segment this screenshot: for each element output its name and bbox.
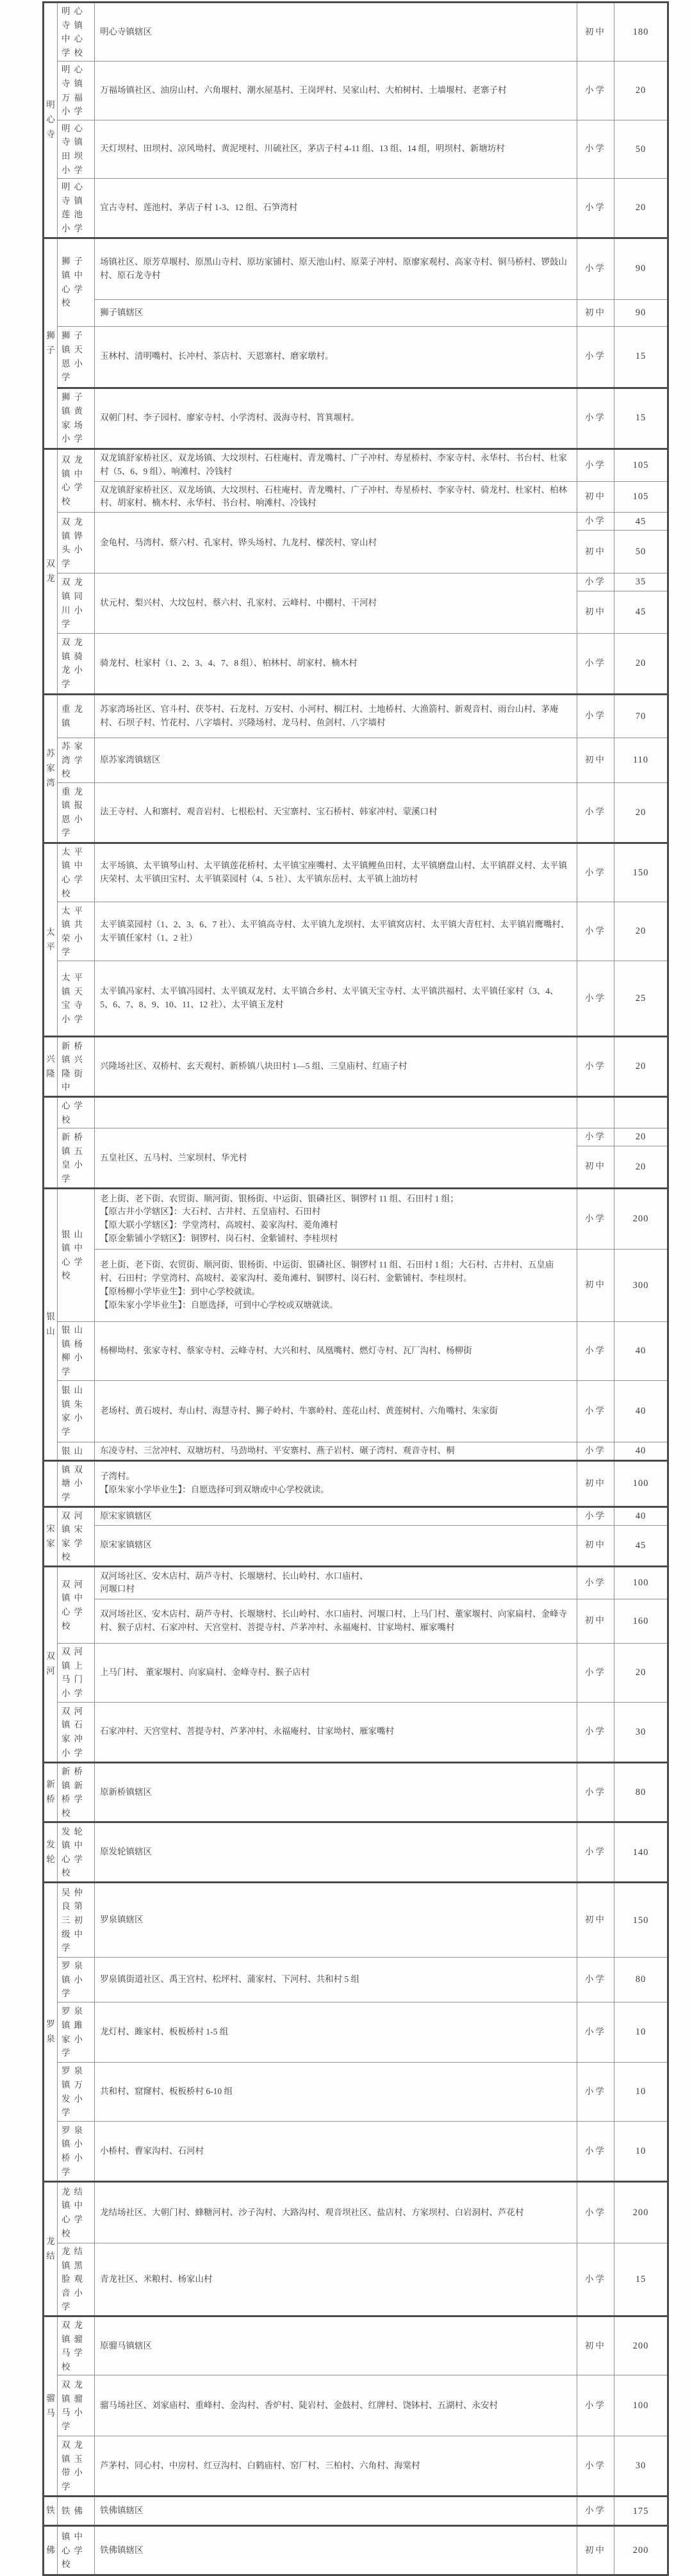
enrollment-count-cell: 100 <box>614 1566 668 1599</box>
service-area-cell: 东凌寺村、三岔冲村、双塘坊村、马劲坳村、平安寨村、燕子岩村、碾子湾村、观音寺村、… <box>95 1442 577 1460</box>
school-stage-cell: 小学 <box>577 449 614 481</box>
school-cell: 发轮镇中心学校 <box>58 1822 95 1883</box>
table-row: 原宋家镇辖区初中45 <box>44 1525 668 1566</box>
service-area-cell: 原新桥镇辖区 <box>95 1762 577 1822</box>
school-cell: 镇双塘小学 <box>58 1460 95 1507</box>
table-row: 龙结龙结镇中心学校龙结场社区、大朝门村、蜂糖河村、沙子沟村、大路沟村、观音坝社区… <box>44 2182 668 2243</box>
service-area-cell: 龙灯村、雎家村、板板桥村 1-5 组 <box>95 2002 577 2063</box>
table-row: 太平镇天宝寺小学太平镇冯家村、太平镇冯园村、太平镇双龙村、太平镇合乡村、太平镇天… <box>44 961 668 1037</box>
service-area-cell: 法王寺村、人和寨村、观音岩村、七根松村、天宝寨村、宝石桥村、韩家冲村、蒙溪口村 <box>95 782 577 843</box>
table-row: 罗泉镇小学罗泉镇街道社区、禹王宫村、松坪村、蒲家村、下河村、共和村 5 组小学8… <box>44 1958 668 2002</box>
table-row: 双龙镇骝马小学骝马场社区、刘家庙村、重峰村、金沟村、香炉村、陡岩村、金鼓村、红牌… <box>44 2375 668 2436</box>
school-cell: 银山镇朱家小学 <box>58 1380 95 1442</box>
school-stage-cell: 初中 <box>577 1525 614 1566</box>
service-area-cell: 共和村、窟窿村、板板桥村 6-10 组 <box>95 2063 577 2122</box>
school-stage-cell: 小学 <box>577 238 614 299</box>
school-stage-cell: 小学 <box>577 843 614 902</box>
enrollment-count-cell: 20 <box>614 62 668 120</box>
table-row: 老上街、老下街、农贸街、顺河街、银杨街、中运街、银磷社区、铜锣村 11 组、石田… <box>44 1249 668 1321</box>
service-area-cell: 老上街、老下街、农贸街、顺河街、银杨街、中运街、银磷社区、铜锣村 11 组、石田… <box>95 1188 577 1249</box>
school-cell: 罗泉镇万发小学 <box>58 2063 95 2122</box>
school-cell: 狮子镇天恩小学 <box>58 326 95 388</box>
service-area-cell: 杨柳坳村、张家寺村、蔡家寺村、云峰寺村、大兴和村、凤凰嘴村、燃灯寺村、瓦厂沟村、… <box>95 1321 577 1380</box>
enrollment-count-cell: 10 <box>614 2063 668 2122</box>
table-row: 双河镇上马门小学上马门村、 董家堰村、向家扁村、金峰寺村、猴子店村小学20 <box>44 1643 668 1702</box>
school-stage-cell: 初中 <box>577 1883 614 1958</box>
enrollment-count-cell: 35 <box>614 574 668 591</box>
school-cell: 心学校 <box>58 1097 95 1128</box>
service-area-cell: 太平场镇、太平镇琴山村、太平镇莲花桥村、太平镇宝座嘴村、太平镇鲤鱼田村、太平镇磨… <box>95 843 577 902</box>
school-stage-cell: 小学 <box>577 2436 614 2497</box>
table-row: 双龙镇铧头小学金龟村、马湾村、蔡六村、孔家村、铧头场村、九龙村、檬茨村、穿山村小… <box>44 513 668 531</box>
town-cell: 太平 <box>44 843 58 1036</box>
service-area-cell: 太平镇冯家村、太平镇冯园村、太平镇双龙村、太平镇合乡村、太平镇天宝寺村、太平镇洪… <box>95 961 577 1037</box>
enrollment-count-cell: 140 <box>614 1822 668 1883</box>
school-stage-cell: 小学 <box>577 2122 614 2182</box>
town-cell: 新桥 <box>44 1762 58 1822</box>
enrollment-count-cell: 150 <box>614 1883 668 1958</box>
school-cell: 重龙镇报恩小学 <box>58 782 95 843</box>
town-cell: 明心寺 <box>44 3 58 238</box>
school-cell: 银山镇中心学校 <box>58 1188 95 1321</box>
service-area-cell: 双河场社区、安木店村、葫芦寺村、长堰塘村、长山岭村、水口庙村、河堰口村、上马门村… <box>95 1599 577 1643</box>
town-cell: 双龙 <box>44 449 58 694</box>
school-stage-cell: 小学 <box>577 326 614 388</box>
school-stage-cell: 小学 <box>577 2497 614 2526</box>
table-row: 心学校 <box>44 1097 668 1128</box>
school-stage-cell: 小学 <box>577 2182 614 2243</box>
service-area-cell: 原苏家湾镇辖区 <box>95 738 577 782</box>
service-area-cell: 原发轮镇辖区 <box>95 1822 577 1883</box>
table-row: 宋家双河镇宋家学校原宋家镇辖区小学40 <box>44 1507 668 1525</box>
service-area-cell: 苏家湾场社区、官斗村、茯苓村、石龙村、万安村、小河村、桐江村、土地桥村、大渔箭村… <box>95 694 577 738</box>
table-row: 罗泉镇雎家小学龙灯村、雎家村、板板桥村 1-5 组小学10 <box>44 2002 668 2063</box>
enrollment-count-cell: 200 <box>614 2316 668 2375</box>
service-area-cell: 五皇社区、五马村、兰家坝村、华光村 <box>95 1128 577 1188</box>
school-stage-cell: 小学 <box>577 1128 614 1146</box>
school-stage-cell: 小学 <box>577 633 614 694</box>
enrollment-count-cell: 40 <box>614 1507 668 1525</box>
school-cell: 双龙镇骑龙小学 <box>58 633 95 694</box>
town-cell: 银山 <box>44 1188 58 1460</box>
service-area-cell: 双龙镇舒家桥社区、双龙场镇、大坟坝村、石柱庵村、青龙嘴村、广子冲村、寿星桥村、李… <box>95 449 577 481</box>
service-area-cell: 原宋家镇辖区 <box>95 1507 577 1525</box>
service-area-cell: 罗泉镇辖区 <box>95 1883 577 1958</box>
enrollment-count-cell: 15 <box>614 326 668 388</box>
enrollment-count-cell: 50 <box>614 120 668 178</box>
table-row: 新桥镇五皇小学五皇社区、五马村、兰家坝村、华光村小学20 <box>44 1128 668 1146</box>
school-cell: 罗泉镇雎家小学 <box>58 2002 95 2063</box>
service-area-cell: 狮子镇辖区 <box>95 299 577 326</box>
school-cell: 新桥镇兴隆街中 <box>58 1037 95 1097</box>
school-stage-cell: 初中 <box>577 2316 614 2375</box>
school-cell: 镇中心学校 <box>58 2526 95 2575</box>
service-area-cell: 原宋家镇辖区 <box>95 1525 577 1566</box>
service-area-cell: 老上街、老下街、农贸街、顺河街、银杨街、中运街、银磷社区、铜锣村 11 组、石田… <box>95 1249 577 1321</box>
school-cell: 双河镇上马门小学 <box>58 1643 95 1702</box>
service-area-cell: 小桥村、曹家沟村、石河村 <box>95 2122 577 2182</box>
enrollment-count-cell: 200 <box>614 2182 668 2243</box>
school-stage-cell: 小学 <box>577 1702 614 1762</box>
town-cell: 苏家湾 <box>44 694 58 843</box>
school-cell: 龙结镇黑脸观音小学 <box>58 2243 95 2316</box>
school-stage-cell: 小学 <box>577 2243 614 2316</box>
service-area-cell <box>95 1097 577 1128</box>
enrollment-count-cell: 20 <box>614 1146 668 1188</box>
enrollment-count-cell <box>614 1097 668 1128</box>
school-stage-cell: 小学 <box>577 1958 614 2002</box>
service-area-cell: 芦茅村、同心村、中房村、红豆沟村、白鹤庙村、窑厂村、三柏村、六角村、海棠村 <box>95 2436 577 2497</box>
table-row: 双龙镇玉带小学芦茅村、同心村、中房村、红豆沟村、白鹤庙村、窑厂村、三柏村、六角村… <box>44 2436 668 2497</box>
enrollment-count-cell: 70 <box>614 694 668 738</box>
table-row: 罗泉吴仲良第三初级中学罗泉镇辖区初中150 <box>44 1883 668 1958</box>
school-stage-cell: 小学 <box>577 1566 614 1599</box>
enrollment-count-cell: 25 <box>614 961 668 1037</box>
table-row: 银山东凌寺村、三岔冲村、双塘坊村、马劲坳村、平安寨村、燕子岩村、碾子湾村、观音寺… <box>44 1442 668 1460</box>
school-stage-cell: 小学 <box>577 62 614 120</box>
enrollment-count-cell: 20 <box>614 179 668 238</box>
enrollment-count-cell: 80 <box>614 1762 668 1822</box>
town-cell: 狮子 <box>44 238 58 449</box>
service-area-cell: 场镇社区、原芳草堰村、原黑山寺村、原坊家铺村、原天池山村、原菜子冲村、原廖家观村… <box>95 238 577 299</box>
school-stage-cell: 小学 <box>577 961 614 1037</box>
table-row: 双龙双龙镇中心学校双龙镇舒家桥社区、双龙场镇、大坟坝村、石柱庵村、青龙嘴村、广子… <box>44 449 668 481</box>
table-row: 苏家湾重龙镇苏家湾场社区、官斗村、茯苓村、石龙村、万安村、小河村、桐江村、土地桥… <box>44 694 668 738</box>
table-row: 发轮发轮镇中心学校原发轮镇辖区小学140 <box>44 1822 668 1883</box>
town-cell <box>44 1097 58 1189</box>
enrollment-count-cell: 50 <box>614 531 668 574</box>
school-cell: 双龙镇玉带小学 <box>58 2436 95 2497</box>
school-cell: 罗泉镇小学 <box>58 1958 95 2002</box>
town-cell: 双河 <box>44 1566 58 1762</box>
table-row: 龙结镇黑脸观音小学青龙社区、米粮村、杨家山村小学15 <box>44 2243 668 2316</box>
table-row: 镇双塘小学子湾村。 【原朱家小学毕业生】：自愿选择可到双塘或中心学校就读。初中1… <box>44 1460 668 1507</box>
school-cell: 明心寺镇田坝小学 <box>58 120 95 178</box>
table-row: 狮子镇黄家场小学双朝门村、李子园村、廖家寺村、小学湾村、汲海寺村、筲箕堰村。小学… <box>44 388 668 449</box>
table-row: 双河镇石家冲小学石家冲村、天宫堂村、菩提寺村、芦茅冲村、永福庵村、甘家坳村、雁家… <box>44 1702 668 1762</box>
town-cell: 宋家 <box>44 1507 58 1566</box>
service-area-cell: 太平镇菜园村（1、2、3、6、7 社）、太平镇高寺村、太平镇九龙坝村、太平镇窝店… <box>95 902 577 961</box>
town-cell: 铁 <box>44 2497 58 2526</box>
town-cell: 罗泉 <box>44 1883 58 2182</box>
school-cell: 龙结镇中心学校 <box>58 2182 95 2243</box>
school-cell: 狮子镇黄家场小学 <box>58 388 95 449</box>
school-cell: 双河镇宋家学校 <box>58 1507 95 1566</box>
table-row: 骝马双龙镇骝马学校原骝马镇辖区初中200 <box>44 2316 668 2375</box>
enrollment-count-cell: 15 <box>614 388 668 449</box>
school-stage-cell: 小学 <box>577 574 614 591</box>
table-row: 双龙镇舒家桥社区、双龙场镇、大坟坝村、石柱庵村、青龙嘴村、广子冲村、寿星桥村、李… <box>44 481 668 513</box>
school-stage-cell: 小学 <box>577 1822 614 1883</box>
enrollment-count-cell: 10 <box>614 2122 668 2182</box>
table-row: 罗泉镇万发小学共和村、窟窿村、板板桥村 6-10 组小学10 <box>44 2063 668 2122</box>
school-cell: 罗泉镇小桥小学 <box>58 2122 95 2182</box>
school-cell: 狮子镇中心学校 <box>58 238 95 326</box>
school-cell: 新桥镇五皇小学 <box>58 1128 95 1188</box>
table-row: 双龙镇骑龙小学骑龙村、杜家村（1、2、3、4、7、8 组）、柏林村、胡家村、楠木… <box>44 633 668 694</box>
school-stage-cell: 初中 <box>577 1146 614 1188</box>
enrollment-count-cell: 20 <box>614 782 668 843</box>
school-cell: 太平镇共荣小学 <box>58 902 95 961</box>
service-area-cell: 罗泉镇街道社区、禹王宫村、松坪村、蒲家村、下河村、共和村 5 组 <box>95 1958 577 2002</box>
service-area-cell: 兴隆场社区、双桥村、玄天观村、新桥镇八块田村 1—5 组、三皇庙村、红庙子村 <box>95 1037 577 1097</box>
school-stage-cell: 小学 <box>577 1507 614 1525</box>
service-area-cell: 龙结场社区、大朝门村、蜂糖河村、沙子沟村、大路沟村、观音坝社区、盐店村、方家坝村… <box>95 2182 577 2243</box>
table-row: 狮子镇天恩小学玉林村、清明嘴村、长冲村、茶店村、天恩寨村、磨家墩村。小学15 <box>44 326 668 388</box>
enrollment-count-cell: 20 <box>614 902 668 961</box>
school-stage-cell: 初中 <box>577 531 614 574</box>
service-area-cell: 铁佛镇辖区 <box>95 2526 577 2575</box>
enrollment-count-cell: 160 <box>614 1599 668 1643</box>
school-cell: 重龙镇 <box>58 694 95 738</box>
enrollment-count-cell: 45 <box>614 513 668 531</box>
service-area-cell: 子湾村。 【原朱家小学毕业生】：自愿选择可到双塘或中心学校就读。 <box>95 1460 577 1507</box>
enrollment-count-cell: 40 <box>614 1321 668 1380</box>
service-area-cell: 天灯坝村、田坝村、凉风坳村、黄泥埂村、川硫社区，茅店子村 4-11 组、13 组… <box>95 120 577 178</box>
school-cell: 明心寺镇万福小学 <box>58 62 95 120</box>
table-row: 佛镇中心学校铁佛镇辖区初中200 <box>44 2526 668 2575</box>
school-stage-cell: 小学 <box>577 694 614 738</box>
school-stage-cell: 小学 <box>577 1037 614 1097</box>
service-area-cell: 骝马场社区、刘家庙村、重峰村、金沟村、香炉村、陡岩村、金鼓村、红牌村、饶钵村、五… <box>95 2375 577 2436</box>
service-area-cell: 上马门村、 董家堰村、向家扁村、金峰寺村、猴子店村 <box>95 1643 577 1702</box>
town-cell: 佛 <box>44 2526 58 2575</box>
enrollment-count-cell: 80 <box>614 1958 668 2002</box>
enrollment-count-cell: 110 <box>614 738 668 782</box>
enrollment-count-cell: 100 <box>614 1460 668 1507</box>
school-cell: 明心寺镇莲池小学 <box>58 179 95 238</box>
table-row: 双河场社区、安木店村、葫芦寺村、长堰塘村、长山岭村、水口庙村、河堰口村、上马门村… <box>44 1599 668 1643</box>
table-row: 双龙镇同川小学状元村、梨兴村、大坟包村、蔡六村、孔家村、云峰村、中棚村、干河村小… <box>44 574 668 591</box>
school-stage-cell: 初中 <box>577 3 614 62</box>
service-area-cell: 双朝门村、李子园村、廖家寺村、小学湾村、汲海寺村、筲箕堰村。 <box>95 388 577 449</box>
enrollment-count-cell: 200 <box>614 1188 668 1249</box>
table-row: 明心寺镇田坝小学天灯坝村、田坝村、凉风坳村、黄泥埂村、川硫社区，茅店子村 4-1… <box>44 120 668 178</box>
school-stage-cell: 初中 <box>577 2526 614 2575</box>
table-row: 苏家湾学校原苏家湾镇辖区初中110 <box>44 738 668 782</box>
school-cell: 铁佛 <box>58 2497 95 2526</box>
service-area-cell: 骑龙村、杜家村（1、2、3、4、7、8 组）、柏林村、胡家村、楠木村 <box>95 633 577 694</box>
school-cell: 苏家湾学校 <box>58 738 95 782</box>
school-cell: 太平镇天宝寺小学 <box>58 961 95 1037</box>
table-row: 重龙镇报恩小学法王寺村、人和寨村、观音岩村、七根松村、天宝寨村、宝石桥村、韩家冲… <box>44 782 668 843</box>
table-row: 明心寺镇万福小学万福场镇社区、油房山村、六角堰村、潮水屋基村、王岗坪村、吴家山村… <box>44 62 668 120</box>
school-stage-cell: 小学 <box>577 2063 614 2122</box>
school-stage-cell: 小学 <box>577 2375 614 2436</box>
enrollment-count-cell: 105 <box>614 449 668 481</box>
school-cell: 双龙镇中心学校 <box>58 449 95 513</box>
enrollment-count-cell: 40 <box>614 1380 668 1442</box>
enrollment-count-cell: 100 <box>614 2375 668 2436</box>
school-stage-cell: 初中 <box>577 481 614 513</box>
enrollment-count-cell: 20 <box>614 1128 668 1146</box>
school-stage-cell: 初中 <box>577 591 614 633</box>
school-stage-cell: 小学 <box>577 1380 614 1442</box>
enrollment-count-cell: 30 <box>614 1702 668 1762</box>
service-area-cell: 万福场镇社区、油房山村、六角堰村、潮水屋基村、王岗坪村、吴家山村、大柏树村、土墙… <box>95 62 577 120</box>
enrollment-count-cell: 45 <box>614 591 668 633</box>
school-stage-cell <box>577 1097 614 1128</box>
enrollment-count-cell: 15 <box>614 2243 668 2316</box>
school-stage-cell: 初中 <box>577 1460 614 1507</box>
enrollment-count-cell: 20 <box>614 1643 668 1702</box>
table-row: 狮子狮子镇中心学校场镇社区、原芳草堰村、原黑山寺村、原坊家铺村、原天池山村、原菜… <box>44 238 668 299</box>
school-cell: 太平镇中心学校 <box>58 843 95 902</box>
enrollment-count-cell: 300 <box>614 1249 668 1321</box>
school-cell: 银山 <box>58 1442 95 1460</box>
school-stage-cell: 小学 <box>577 902 614 961</box>
table-row: 双河双河镇中心学校双河场社区、安木店村、葫芦寺村、长堰塘村、长山岭村、水口庙村、… <box>44 1566 668 1599</box>
enrollment-count-cell: 150 <box>614 843 668 902</box>
enrollment-count-cell: 175 <box>614 2497 668 2526</box>
table-row: 明心寺明心寺镇中心学校明心寺镇辖区初中180 <box>44 3 668 62</box>
service-area-cell: 金龟村、马湾村、蔡六村、孔家村、铧头场村、九龙村、檬茨村、穿山村 <box>95 513 577 574</box>
school-stage-cell: 初中 <box>577 1599 614 1643</box>
school-cell: 双龙镇同川小学 <box>58 574 95 633</box>
town-cell: 骝马 <box>44 2316 58 2497</box>
table-row: 银山镇朱家小学老场村、黄石坡村、寿山村、海慧寺村、狮子岭村、牛寨岭村、莲花山村、… <box>44 1380 668 1442</box>
table-row: 银山镇杨柳小学杨柳坳村、张家寺村、蔡家寺村、云峰寺村、大兴和村、凤凰嘴村、燃灯寺… <box>44 1321 668 1380</box>
school-stage-cell: 小学 <box>577 179 614 238</box>
enrollment-count-cell: 105 <box>614 481 668 513</box>
town-cell: 发轮 <box>44 1822 58 1883</box>
enrollment-count-cell: 45 <box>614 1525 668 1566</box>
school-stage-cell: 初中 <box>577 299 614 326</box>
school-cell: 双龙镇骝马学校 <box>58 2316 95 2375</box>
school-stage-cell: 初中 <box>577 738 614 782</box>
enrollment-count-cell: 90 <box>614 238 668 299</box>
school-cell: 明心寺镇中心学校 <box>58 3 95 62</box>
service-area-cell: 青龙社区、米粮村、杨家山村 <box>95 2243 577 2316</box>
school-stage-cell: 初中 <box>577 1249 614 1321</box>
school-cell: 吴仲良第三初级中学 <box>58 1883 95 1958</box>
table-row: 明心寺镇莲池小学宜古寺村、莲池村、茅店子村 1-3、12 组、石笋湾村小学20 <box>44 179 668 238</box>
document-page: 明心寺明心寺镇中心学校明心寺镇辖区初中180明心寺镇万福小学万福场镇社区、油房山… <box>0 0 692 2555</box>
service-area-cell: 双河场社区、安木店村、葫芦寺村、长堰塘村、长山岭村、水口庙村、 河堰口村 <box>95 1566 577 1599</box>
school-cell: 新桥镇新桥学校 <box>58 1762 95 1822</box>
school-stage-cell: 小学 <box>577 1188 614 1249</box>
enrollment-count-cell: 20 <box>614 633 668 694</box>
service-area-cell: 状元村、梨兴村、大坟包村、蔡六村、孔家村、云峰村、中棚村、干河村 <box>95 574 577 633</box>
enrollment-count-cell: 20 <box>614 1037 668 1097</box>
school-stage-cell: 小学 <box>577 513 614 531</box>
enrollment-count-cell: 180 <box>614 3 668 62</box>
enrollment-count-cell: 90 <box>614 299 668 326</box>
service-area-cell: 玉林村、清明嘴村、长冲村、茶店村、天恩寨村、磨家墩村。 <box>95 326 577 388</box>
school-cell: 银山镇杨柳小学 <box>58 1321 95 1380</box>
school-stage-cell: 小学 <box>577 388 614 449</box>
table-row: 罗泉镇小桥小学小桥村、曹家沟村、石河村小学10 <box>44 2122 668 2182</box>
service-area-cell: 双龙镇舒家桥社区、双龙场镇、大坟坝村、石柱庵村、青龙嘴村、广子冲村、寿星桥村、李… <box>95 481 577 513</box>
table-row: 铁铁佛铁佛镇辖区小学175 <box>44 2497 668 2526</box>
table-row: 兴隆新桥镇兴隆街中兴隆场社区、双桥村、玄天观村、新桥镇八块田村 1—5 组、三皇… <box>44 1037 668 1097</box>
school-stage-cell: 小学 <box>577 2002 614 2063</box>
enrollment-count-cell: 200 <box>614 2526 668 2575</box>
school-stage-cell: 小学 <box>577 1762 614 1822</box>
school-cell: 双龙镇铧头小学 <box>58 513 95 574</box>
table-row: 银山银山镇中心学校老上街、老下街、农贸街、顺河街、银杨街、中运街、银磷社区、铜锣… <box>44 1188 668 1249</box>
school-cell: 双龙镇骝马小学 <box>58 2375 95 2436</box>
enrollment-count-cell: 10 <box>614 2002 668 2063</box>
enrollment-count-cell: 30 <box>614 2436 668 2497</box>
school-cell: 双河镇石家冲小学 <box>58 1702 95 1762</box>
school-stage-cell: 小学 <box>577 782 614 843</box>
town-cell <box>44 1460 58 1507</box>
school-cell: 双河镇中心学校 <box>58 1566 95 1643</box>
enrollment-table: 明心寺明心寺镇中心学校明心寺镇辖区初中180明心寺镇万福小学万福场镇社区、油房山… <box>42 1 669 2576</box>
table-row: 太平镇共荣小学太平镇菜园村（1、2、3、6、7 社）、太平镇高寺村、太平镇九龙坝… <box>44 902 668 961</box>
town-cell: 龙结 <box>44 2182 58 2316</box>
table-row: 新桥新桥镇新桥学校原新桥镇辖区小学80 <box>44 1762 668 1822</box>
table-row: 太平太平镇中心学校太平场镇、太平镇琴山村、太平镇莲花桥村、太平镇宝座嘴村、太平镇… <box>44 843 668 902</box>
town-cell: 兴隆 <box>44 1037 58 1097</box>
table-row: 狮子镇辖区初中90 <box>44 299 668 326</box>
school-stage-cell: 小学 <box>577 120 614 178</box>
service-area-cell: 宜古寺村、莲池村、茅店子村 1-3、12 组、石笋湾村 <box>95 179 577 238</box>
school-stage-cell: 小学 <box>577 1321 614 1380</box>
enrollment-count-cell: 40 <box>614 1442 668 1460</box>
service-area-cell: 铁佛镇辖区 <box>95 2497 577 2526</box>
enrollment-table-body: 明心寺明心寺镇中心学校明心寺镇辖区初中180明心寺镇万福小学万福场镇社区、油房山… <box>44 3 668 2575</box>
school-stage-cell: 小学 <box>577 1442 614 1460</box>
service-area-cell: 明心寺镇辖区 <box>95 3 577 62</box>
service-area-cell: 石家冲村、天宫堂村、菩提寺村、芦茅冲村、永福庵村、甘家坳村、雁家嘴村 <box>95 1702 577 1762</box>
service-area-cell: 原骝马镇辖区 <box>95 2316 577 2375</box>
service-area-cell: 老场村、黄石坡村、寿山村、海慧寺村、狮子岭村、牛寨岭村、莲花山村、黄莲树村、六角… <box>95 1380 577 1442</box>
school-stage-cell: 小学 <box>577 1643 614 1702</box>
